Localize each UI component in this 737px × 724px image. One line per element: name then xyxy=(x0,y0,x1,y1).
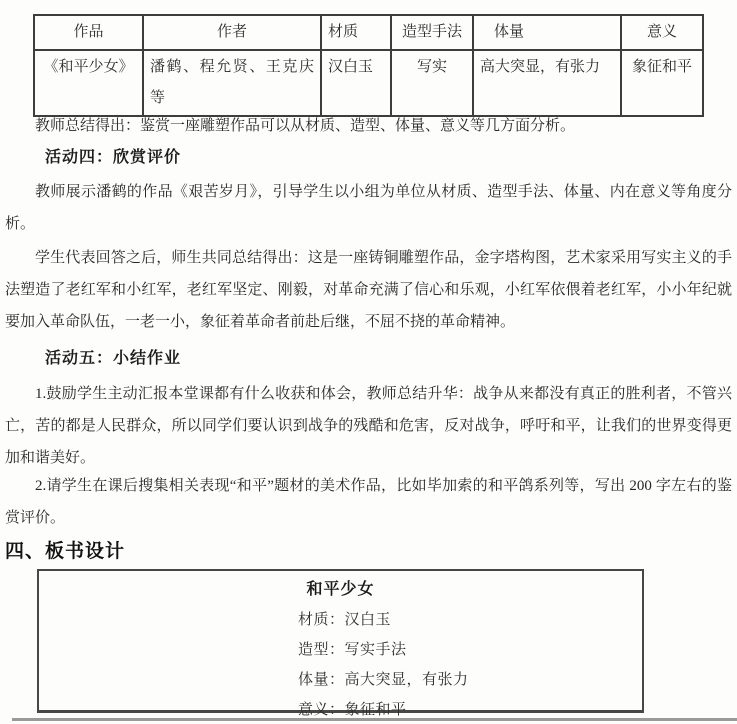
board-line-volume: 体量：高大突显，有张力 xyxy=(298,665,642,695)
activity5-heading: 活动五：小结作业 xyxy=(45,345,181,368)
table-cell-author: 潘鹤、程允贤、王克庆等 xyxy=(143,50,321,116)
activity4-paragraph-2: 学生代表回答之后，师生共同总结得出：这是一座铸铜雕塑作品，金字塔构图，艺术家采用… xyxy=(5,242,732,338)
activity5-paragraph-1: 1.鼓励学生主动汇报本堂课都有什么收获和体会，教师总结升华：战争从来都没有真正的… xyxy=(5,378,732,474)
table-header-material: 材质 xyxy=(321,15,391,50)
board-design-heading: 四、板书设计 xyxy=(5,536,125,563)
activity4-paragraph-1: 教师展示潘鹤的作品《艰苦岁月》，引导学生以小组为单位从材质、造型手法、体量、内在… xyxy=(5,176,732,240)
board-title: 和平少女 xyxy=(39,576,642,599)
table-cell-material: 汉白玉 xyxy=(321,50,391,116)
activity5-paragraph-2: 2.请学生在课后搜集相关表现“和平”题材的美术作品，比如毕加索的和平鸽系列等，写… xyxy=(5,470,732,534)
artwork-analysis-table: 作品 作者 材质 造型手法 体量 意义 《和平少女》 潘鹤、程允贤、王克庆等 汉… xyxy=(33,14,704,117)
table-row: 《和平少女》 潘鹤、程允贤、王克庆等 汉白玉 写实 高大突显，有张力 象征和平 xyxy=(34,50,703,116)
table-header-meaning: 意义 xyxy=(621,15,703,50)
table-header-row: 作品 作者 材质 造型手法 体量 意义 xyxy=(34,15,703,50)
board-line-modeling: 造型：写实手法 xyxy=(298,635,642,665)
table-header-volume: 体量 xyxy=(473,15,621,50)
teacher-summary-paragraph: 教师总结得出：鉴赏一座雕塑作品可以从材质、造型、体量、意义等几方面分析。 xyxy=(5,110,732,142)
activity4-heading: 活动四：欣赏评价 xyxy=(45,144,181,167)
board-design-box: 和平少女 材质：汉白玉 造型：写实手法 体量：高大突显，有张力 意义：象征和平 xyxy=(37,569,644,713)
page-edge-divider xyxy=(12,718,737,721)
table-cell-technique: 写实 xyxy=(391,50,473,116)
board-line-material: 材质：汉白玉 xyxy=(298,605,642,635)
table-header-author: 作者 xyxy=(143,15,321,50)
table-cell-meaning: 象征和平 xyxy=(621,50,703,116)
table-cell-volume: 高大突显，有张力 xyxy=(473,50,621,116)
table-header-technique: 造型手法 xyxy=(391,15,473,50)
table-cell-work: 《和平少女》 xyxy=(34,50,143,116)
table-header-work: 作品 xyxy=(34,15,143,50)
board-lines: 材质：汉白玉 造型：写实手法 体量：高大突显，有张力 意义：象征和平 xyxy=(298,605,642,724)
